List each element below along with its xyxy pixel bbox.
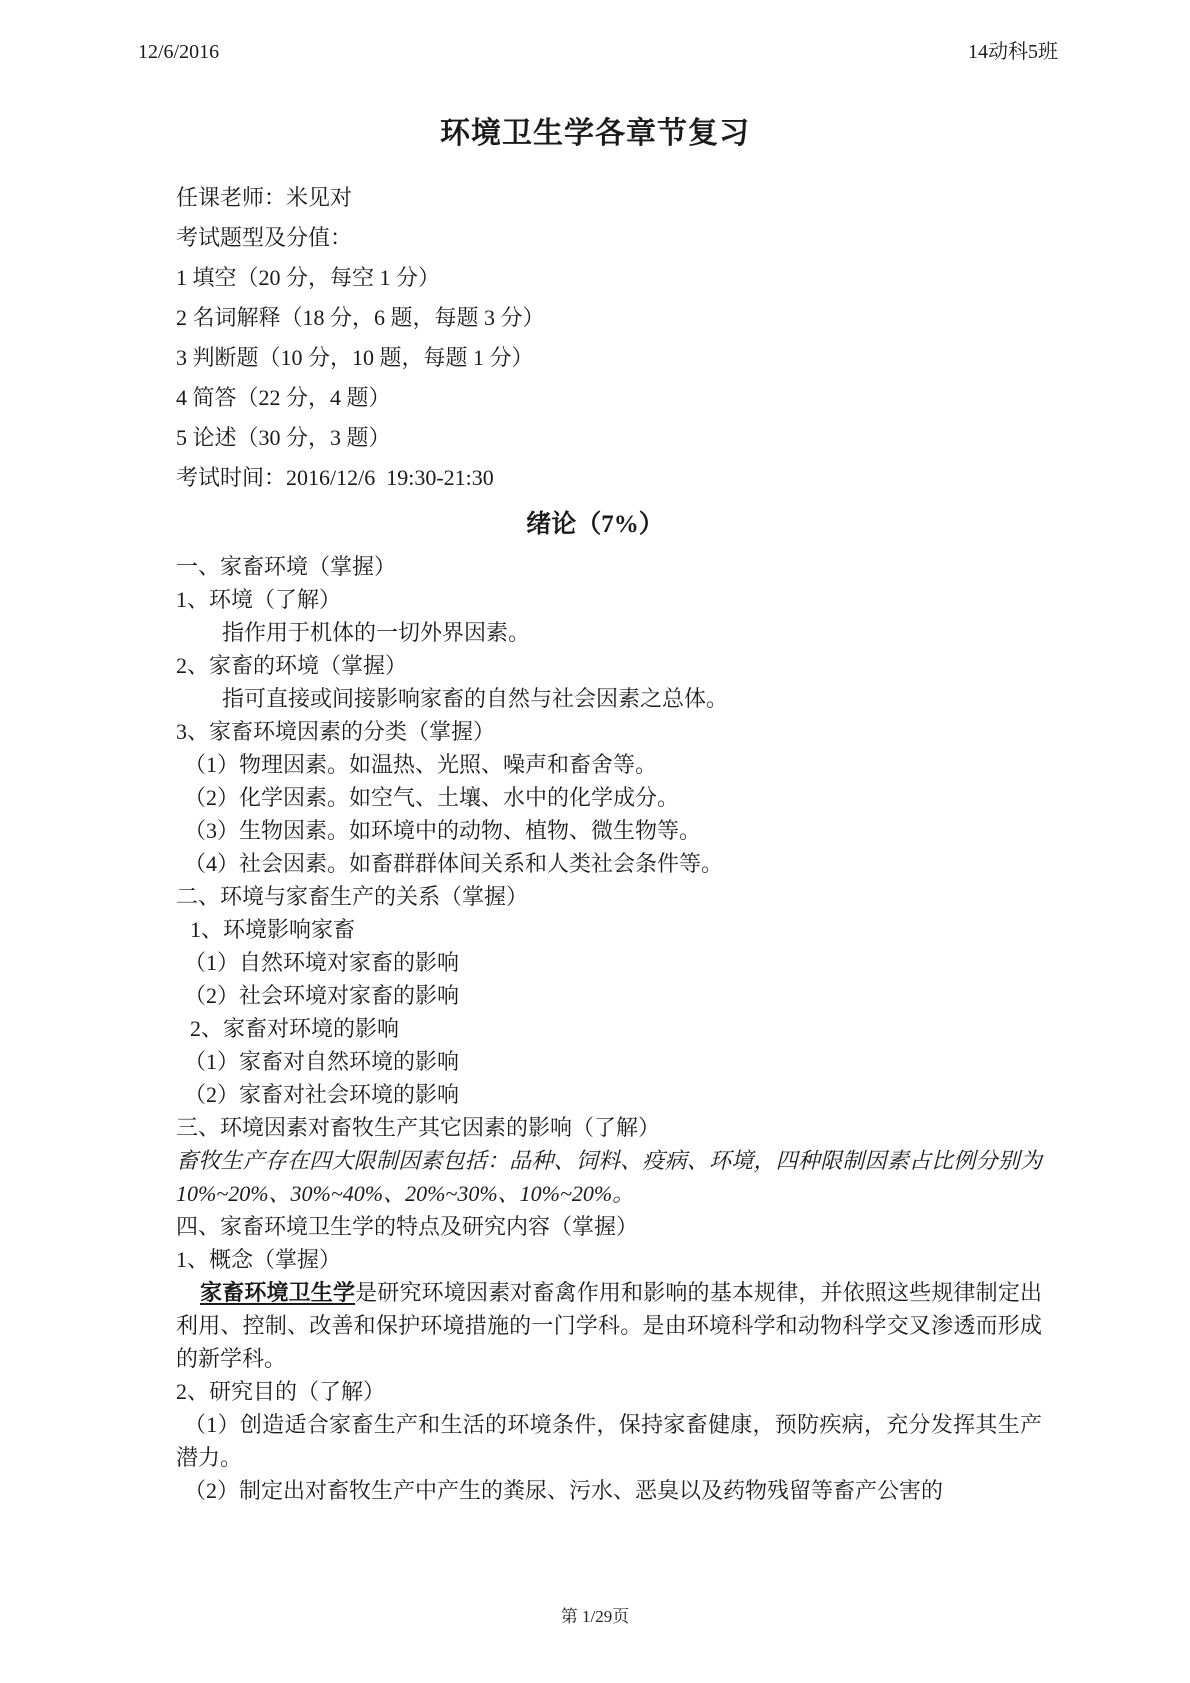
outline-line: 2、家畜的环境（掌握） [176, 649, 1042, 682]
outline-line: 指可直接或间接影响家畜的自然与社会因素之总体。 [176, 682, 1042, 715]
outline-line-text: 2、研究目的（了解） [176, 1379, 385, 1404]
document-page: 12/6/2016 14动科5班 环境卫生学各章节复习 任课老师：米见对考试题型… [0, 0, 1190, 1683]
meta-line-text: 3 判断题（10 分，10 题，每题 1 分） [176, 345, 534, 370]
outline-line-text: （2）社会环境对家畜的影响 [184, 983, 459, 1008]
meta-line: 5 论述（30 分，3 题） [176, 418, 1040, 458]
outline-line-text: 指可直接或间接影响家畜的自然与社会因素之总体。 [222, 686, 728, 711]
meta-line: 任课老师：米见对 [176, 178, 1040, 218]
outline-line-text: （1）自然环境对家畜的影响 [184, 950, 459, 975]
meta-line: 4 简答（22 分，4 题） [176, 378, 1040, 418]
outline-line-text: 一、家畜环境（掌握） [176, 554, 396, 579]
outline-line-text: 畜牧生产存在四大限制因素包括：品种、饲料、疫病、环境，四种限制因素占比例分别为 … [176, 1148, 1042, 1206]
exam-meta-block: 任课老师：米见对考试题型及分值：1 填空（20 分，每空 1 分）2 名词解释（… [176, 178, 1040, 498]
outline-line-text: （2）家畜对社会环境的影响 [184, 1082, 459, 1107]
outline-line-text: 2、家畜对环境的影响 [190, 1016, 399, 1041]
meta-line-text: 2 名词解释（18 分，6 题，每题 3 分） [176, 305, 545, 330]
outline-line: （1）物理因素。如温热、光照、噪声和畜舍等。 [176, 748, 1042, 781]
outline-line-text: 四、家畜环境卫生学的特点及研究内容（掌握） [176, 1214, 638, 1239]
outline-line-text: （1）家畜对自然环境的影响 [184, 1049, 459, 1074]
outline-line: 3、家畜环境因素的分类（掌握） [176, 715, 1042, 748]
meta-line-text: 考试时间：2016/12/6 19:30-21:30 [176, 465, 494, 490]
meta-line-text: 考试题型及分值： [176, 225, 352, 250]
outline-line: 1、环境（了解） [176, 583, 1042, 616]
meta-line: 考试题型及分值： [176, 218, 1040, 258]
outline-line-text: 1、环境影响家畜 [190, 917, 355, 942]
key-term: 家畜环境卫生学 [200, 1280, 355, 1305]
section-heading: 绪论（7%） [0, 506, 1190, 544]
page-header: 12/6/2016 14动科5班 [0, 0, 1190, 64]
meta-line-text: 5 论述（30 分，3 题） [176, 425, 391, 450]
outline-line: （1）自然环境对家畜的影响 [176, 946, 1042, 979]
outline-line: 畜牧生产存在四大限制因素包括：品种、饲料、疫病、环境，四种限制因素占比例分别为 … [176, 1144, 1042, 1210]
outline-line: 一、家畜环境（掌握） [176, 550, 1042, 583]
outline-line: （4）社会因素。如畜群群体间关系和人类社会条件等。 [176, 847, 1042, 880]
outline-line: 1、环境影响家畜 [176, 913, 1042, 946]
outline-line: 指作用于机体的一切外界因素。 [176, 616, 1042, 649]
outline-line: 2、研究目的（了解） [176, 1375, 1042, 1408]
outline-line-text: （4）社会因素。如畜群群体间关系和人类社会条件等。 [184, 851, 723, 876]
outline-line: 1、概念（掌握） [176, 1243, 1042, 1276]
outline-line-text: 1、概念（掌握） [176, 1247, 341, 1272]
header-class-label: 14动科5班 [968, 40, 1058, 64]
outline-line-text: （1）物理因素。如温热、光照、噪声和畜舍等。 [184, 752, 657, 777]
outline-line-text: 指作用于机体的一切外界因素。 [222, 620, 530, 645]
outline-line-text: （1）创造适合家畜生产和生活的环境条件，保持家畜健康，预防疾病，充分发挥其生产潜… [176, 1412, 1042, 1470]
outline-line: 2、家畜对环境的影响 [176, 1012, 1042, 1045]
meta-line: 考试时间：2016/12/6 19:30-21:30 [176, 458, 1040, 498]
outline-line-text: （3）生物因素。如环境中的动物、植物、微生物等。 [184, 818, 701, 843]
meta-line: 1 填空（20 分，每空 1 分） [176, 258, 1040, 298]
outline-line: 三、环境因素对畜牧生产其它因素的影响（了解） [176, 1111, 1042, 1144]
meta-line-text: 1 填空（20 分，每空 1 分） [176, 265, 440, 290]
document-title: 环境卫生学各章节复习 [0, 114, 1190, 154]
outline-line-text: （2）化学因素。如空气、土壤、水中的化学成分。 [184, 785, 679, 810]
outline-line: 家畜环境卫生学是研究环境因素对畜禽作用和影响的基本规律，并依照这些规律制定出利用… [176, 1276, 1042, 1375]
page-footer: 第 1/29页 [0, 1602, 1190, 1627]
outline-line: 四、家畜环境卫生学的特点及研究内容（掌握） [176, 1210, 1042, 1243]
outline-line-text: 三、环境因素对畜牧生产其它因素的影响（了解） [176, 1115, 660, 1140]
outline-line: （2）制定出对畜牧生产中产生的粪尿、污水、恶臭以及药物残留等畜产公害的 [176, 1474, 1042, 1507]
outline-line-text: 1、环境（了解） [176, 587, 341, 612]
meta-line-text: 4 简答（22 分，4 题） [176, 385, 391, 410]
outline-line-text: （2）制定出对畜牧生产中产生的粪尿、污水、恶臭以及药物残留等畜产公害的 [184, 1478, 943, 1503]
meta-line: 3 判断题（10 分，10 题，每题 1 分） [176, 338, 1040, 378]
page-number-label: 第 1/29页 [561, 1607, 629, 1626]
outline-line-text: 二、环境与家畜生产的关系（掌握） [176, 884, 528, 909]
outline-line: 二、环境与家畜生产的关系（掌握） [176, 880, 1042, 913]
outline-line: （2）化学因素。如空气、土壤、水中的化学成分。 [176, 781, 1042, 814]
header-date: 12/6/2016 [138, 40, 219, 64]
outline-line: （2）家畜对社会环境的影响 [176, 1078, 1042, 1111]
meta-line: 2 名词解释（18 分，6 题，每题 3 分） [176, 298, 1040, 338]
outline-line: （1）家畜对自然环境的影响 [176, 1045, 1042, 1078]
outline-block: 一、家畜环境（掌握）1、环境（了解）指作用于机体的一切外界因素。2、家畜的环境（… [176, 550, 1042, 1507]
outline-line-text: 2、家畜的环境（掌握） [176, 653, 407, 678]
meta-line-text: 任课老师：米见对 [176, 185, 352, 210]
outline-line: （2）社会环境对家畜的影响 [176, 979, 1042, 1012]
outline-line-text: 3、家畜环境因素的分类（掌握） [176, 719, 495, 744]
outline-line: （1）创造适合家畜生产和生活的环境条件，保持家畜健康，预防疾病，充分发挥其生产潜… [176, 1408, 1042, 1474]
outline-line: （3）生物因素。如环境中的动物、植物、微生物等。 [176, 814, 1042, 847]
